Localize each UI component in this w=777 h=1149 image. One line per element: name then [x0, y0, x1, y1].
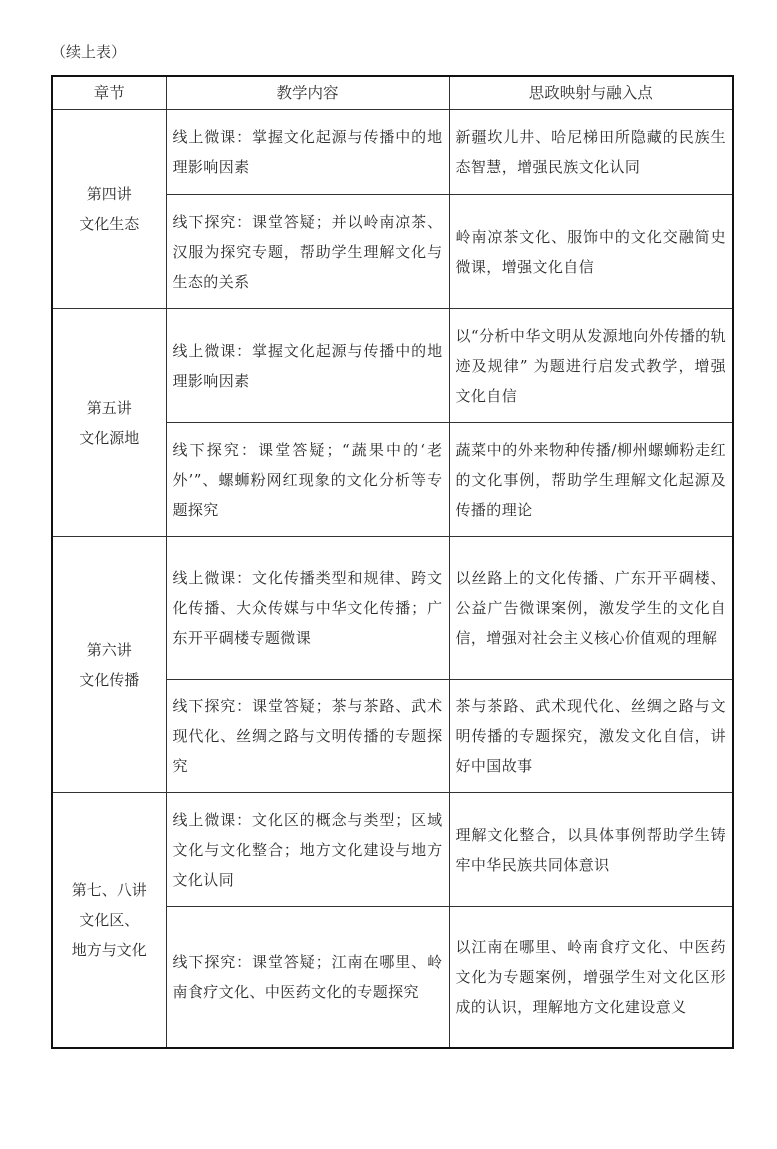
chapter-title-line2: 地方与文化	[59, 935, 160, 965]
header-teaching-content: 教学内容	[166, 76, 449, 110]
chapter-number: 第六讲	[59, 635, 160, 665]
teaching-content-cell: 线上微课：文化区的概念与类型；区域文化与文化整合；地方文化建设与地方文化认同	[166, 793, 449, 907]
chapter-number: 第四讲	[59, 179, 160, 209]
chapter-title: 文化传播	[59, 665, 160, 695]
table-header-row: 章节 教学内容 思政映射与融入点	[52, 76, 733, 110]
chapter-number: 第七、八讲	[59, 875, 160, 905]
teaching-content-cell: 线上微课：文化传播类型和规律、跨文化传播、大众传媒与中华文化传播；广东开平碉楼专…	[166, 537, 449, 680]
mapping-cell: 茶与茶路、武术现代化、丝绸之路与文明传播的专题探究，激发文化自信，讲好中国故事	[449, 680, 733, 793]
chapter-cell: 第六讲 文化传播	[52, 537, 166, 793]
teaching-content-cell: 线上微课：掌握文化起源与传播中的地理影响因素	[166, 110, 449, 195]
mapping-cell: 以“分析中华文明从发源地向外传播的轨迹及规律” 为题进行启发式教学，增强文化自信	[449, 309, 733, 423]
table-row: 第四讲 文化生态 线上微课：掌握文化起源与传播中的地理影响因素 新疆坎儿井、哈尼…	[52, 110, 733, 195]
teaching-content-cell: 线下探究：课堂答疑；并以岭南凉茶、汉服为探究专题，帮助学生理解文化与生态的关系	[166, 195, 449, 309]
teaching-content-cell: 线上微课：掌握文化起源与传播中的地理影响因素	[166, 309, 449, 423]
chapter-title: 文化源地	[59, 423, 160, 453]
chapter-cell: 第七、八讲 文化区、 地方与文化	[52, 793, 166, 1048]
chapter-title: 文化区、	[59, 905, 160, 935]
header-ideological-mapping: 思政映射与融入点	[449, 76, 733, 110]
teaching-content-cell: 线下探究：课堂答疑；“蔬果中的‘老外’”、螺蛳粉网红现象的文化分析等专题探究	[166, 423, 449, 537]
mapping-cell: 蔬菜中的外来物种传播/柳州螺蛳粉走红的文化事例，帮助学生理解文化起源及传播的理论	[449, 423, 733, 537]
header-chapter: 章节	[52, 76, 166, 110]
mapping-cell: 岭南凉茶文化、服饰中的文化交融简史微课，增强文化自信	[449, 195, 733, 309]
teaching-content-cell: 线下探究：课堂答疑；茶与茶路、武术现代化、丝绸之路与文明传播的专题探究	[166, 680, 449, 793]
table-row: 第六讲 文化传播 线上微课：文化传播类型和规律、跨文化传播、大众传媒与中华文化传…	[52, 537, 733, 680]
chapter-number: 第五讲	[59, 393, 160, 423]
teaching-content-cell: 线下探究：课堂答疑；江南在哪里、岭南食疗文化、中医药文化的专题探究	[166, 907, 449, 1048]
mapping-cell: 以丝路上的文化传播、广东开平碉楼、公益广告微课案例，激发学生的文化自信，增强对社…	[449, 537, 733, 680]
mapping-cell: 理解文化整合，以具体事例帮助学生铸牢中华民族共同体意识	[449, 793, 733, 907]
table-row: 第七、八讲 文化区、 地方与文化 线上微课：文化区的概念与类型；区域文化与文化整…	[52, 793, 733, 907]
chapter-cell: 第四讲 文化生态	[52, 110, 166, 309]
chapter-title: 文化生态	[59, 209, 160, 239]
mapping-cell: 以江南在哪里、岭南食疗文化、中医药文化为专题案例，增强学生对文化区形成的认识，理…	[449, 907, 733, 1048]
course-content-table: 章节 教学内容 思政映射与融入点 第四讲 文化生态 线上微课：掌握文化起源与传播…	[51, 75, 734, 1049]
chapter-cell: 第五讲 文化源地	[52, 309, 166, 537]
table-continuation-caption: （续上表）	[51, 40, 126, 64]
table-row: 第五讲 文化源地 线上微课：掌握文化起源与传播中的地理影响因素 以“分析中华文明…	[52, 309, 733, 423]
mapping-cell: 新疆坎儿井、哈尼梯田所隐藏的民族生态智慧，增强民族文化认同	[449, 110, 733, 195]
